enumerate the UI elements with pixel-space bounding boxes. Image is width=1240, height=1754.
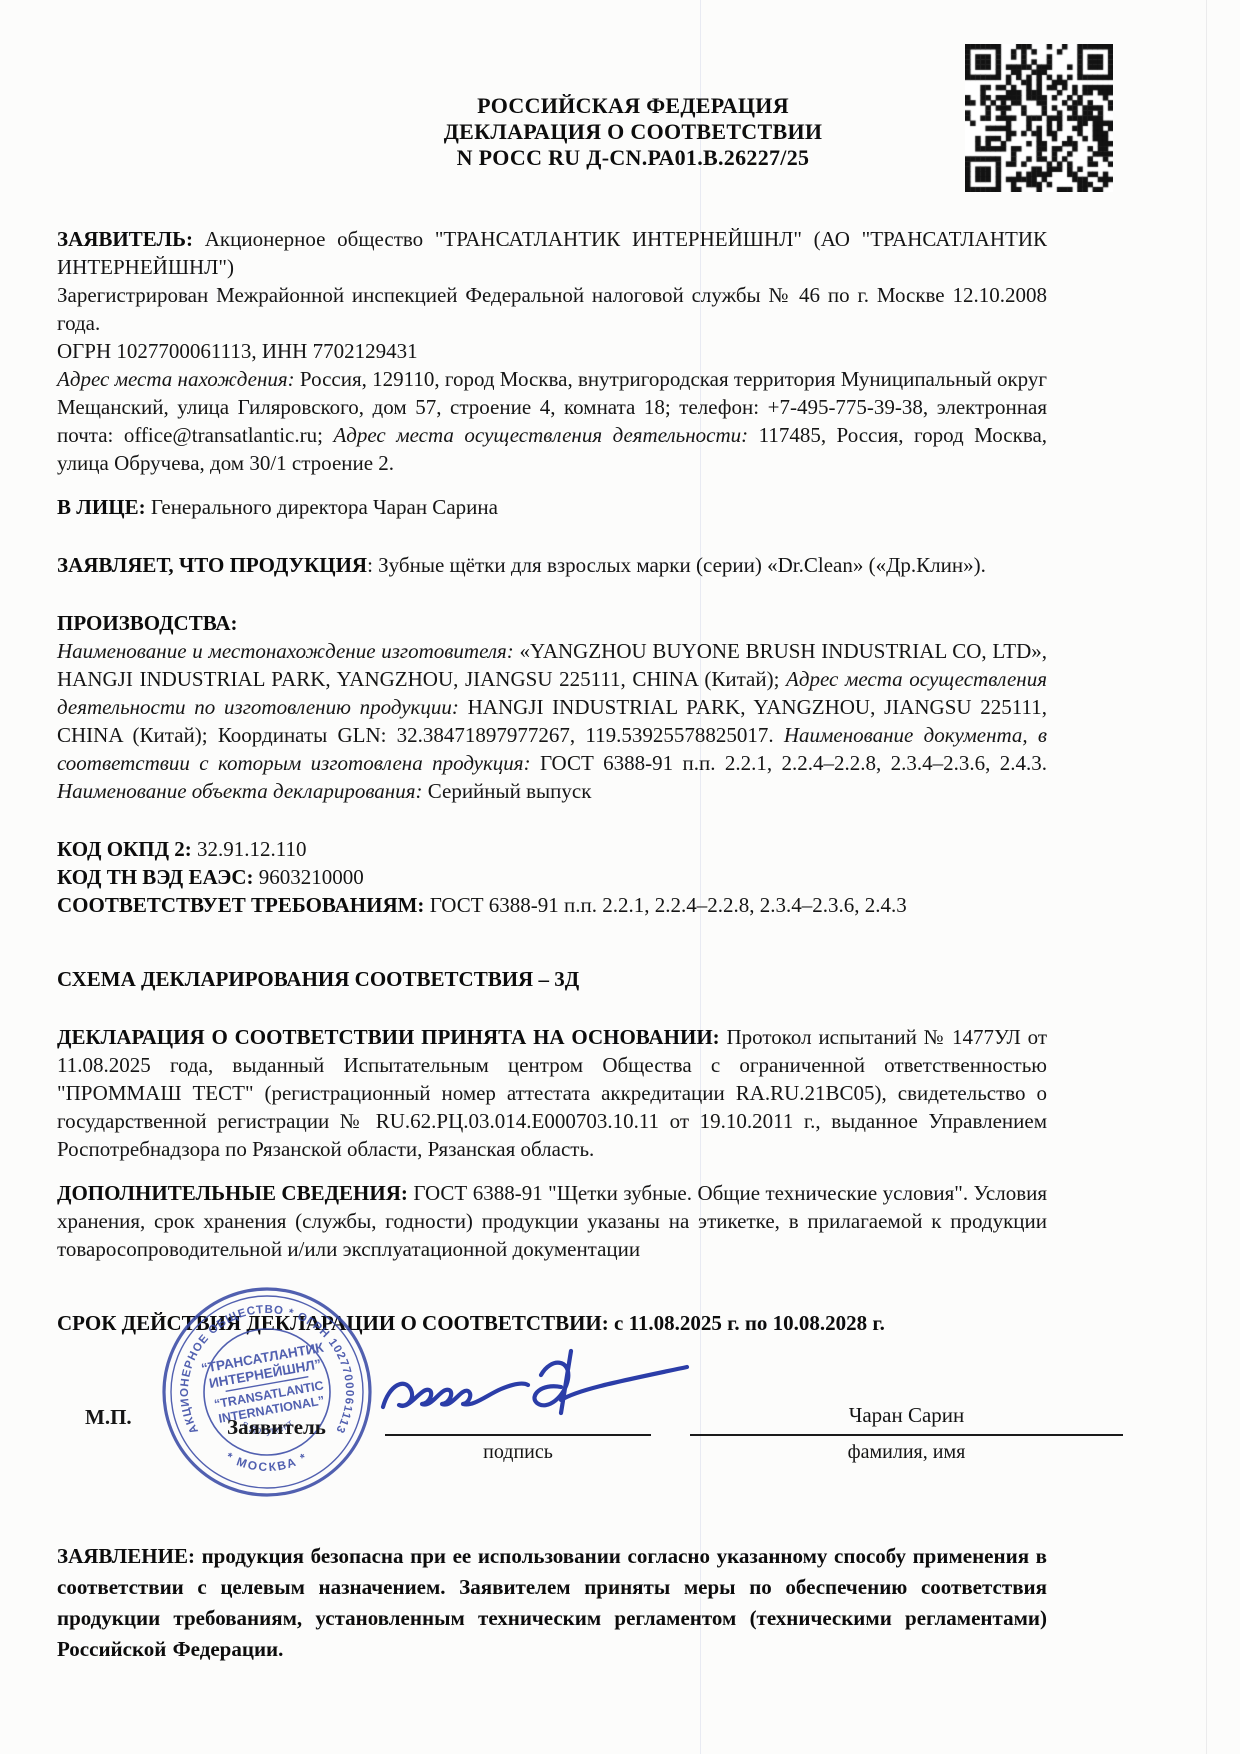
ogrn-inn-text: ОГРН 1027700061113, ИНН 7702129431 — [57, 339, 418, 363]
applicant-role-label: Заявитель — [227, 1413, 326, 1441]
additional-label: ДОПОЛНИТЕЛЬНЫЕ СВЕДЕНИЯ: — [57, 1181, 408, 1205]
applicant-paragraph: ЗАЯВИТЕЛЬ: Акционерное общество "ТРАНСАТ… — [57, 225, 1047, 281]
signatory-name: Чаран Сарин — [690, 1401, 1123, 1429]
address-paragraph: Адрес места нахождения: Россия, 129110, … — [57, 365, 1047, 477]
registration-line: Зарегистрирован Межрайонной инспекцией Ф… — [57, 281, 1047, 337]
tnved-code-line: КОД ТН ВЭД ЕАЭС: 9603210000 — [57, 863, 1047, 891]
signature-area: АКЦИОНЕРНОЕ ОБЩЕСТВО * ОГРН 102770006111… — [57, 1337, 1047, 1541]
svg-text:* МОСКВА *: * МОСКВА * — [224, 1449, 311, 1474]
in-person-label: В ЛИЦЕ: — [57, 495, 146, 519]
basis-label: ДЕКЛАРАЦИЯ О СООТВЕТСТВИИ ПРИНЯТА НА ОСН… — [57, 1025, 720, 1049]
declares-text: : Зубные щётки для взрослых марки (серии… — [367, 553, 986, 577]
additional-paragraph: ДОПОЛНИТЕЛЬНЫЕ СВЕДЕНИЯ: ГОСТ 6388-91 "Щ… — [57, 1179, 1047, 1263]
handwritten-signature-icon — [375, 1345, 695, 1440]
name-caption: фамилия, имя — [690, 1440, 1123, 1464]
production-paragraph: Наименование и местонахождение изготовит… — [57, 637, 1047, 805]
applicant-label: ЗАЯВИТЕЛЬ: — [57, 227, 193, 251]
declares-label: ЗАЯВЛЯЕТ, ЧТО ПРОДУКЦИЯ — [57, 553, 367, 577]
company-stamp-icon: АКЦИОНЕРНОЕ ОБЩЕСТВО * ОГРН 102770006111… — [157, 1282, 377, 1502]
declaration-object-text: Серийный выпуск — [428, 779, 592, 803]
document-content: РОССИЙСКАЯ ФЕДЕРАЦИЯ ДЕКЛАРАЦИЯ О СООТВЕ… — [57, 0, 1047, 1665]
applicant-text: Акционерное общество "ТРАНСАТЛАНТИК ИНТЕ… — [57, 227, 1047, 279]
statement-paragraph: ЗАЯВЛЕНИЕ: продукция безопасна при ее ис… — [57, 1541, 1047, 1665]
statement-label: ЗАЯВЛЕНИЕ: — [57, 1544, 195, 1568]
header-number: N РОСС RU Д-CN.РА01.В.26227/25 — [219, 145, 1047, 171]
name-line: фамилия, имя — [690, 1434, 1123, 1464]
document-header: РОССИЙСКАЯ ФЕДЕРАЦИЯ ДЕКЛАРАЦИЯ О СООТВЕ… — [219, 93, 1047, 171]
in-person-text: Генерального директора Чаран Сарина — [151, 495, 498, 519]
statement-text: продукция безопасна при ее использовании… — [57, 1544, 1047, 1661]
scheme-line: СХЕМА ДЕКЛАРИРОВАНИЯ СООТВЕТСТВИЯ – 3Д — [57, 965, 1047, 993]
header-country: РОССИЙСКАЯ ФЕДЕРАЦИЯ — [219, 93, 1047, 119]
address-label: Адрес места нахождения: — [57, 367, 295, 391]
production-doc-text: ГОСТ 6388-91 п.п. 2.2.1, 2.2.4–2.2.8, 2.… — [540, 751, 1047, 775]
declaration-object-label: Наименование объекта декларирования: — [57, 779, 422, 803]
activity-address-label: Адрес места осуществления деятельности: — [333, 423, 748, 447]
signature-caption: подпись — [385, 1440, 651, 1464]
header-title: ДЕКЛАРАЦИЯ О СООТВЕТСТВИИ — [219, 119, 1047, 145]
basis-paragraph: ДЕКЛАРАЦИЯ О СООТВЕТСТВИИ ПРИНЯТА НА ОСН… — [57, 1023, 1047, 1163]
conformity-line: СООТВЕТСТВУЕТ ТРЕБОВАНИЯМ: ГОСТ 6388-91 … — [57, 891, 1047, 919]
production-heading: ПРОИЗВОДСТВА: — [57, 609, 1047, 637]
registration-text: Зарегистрирован Межрайонной инспекцией Ф… — [57, 283, 1047, 335]
stamp-city-text: * МОСКВА * — [224, 1449, 311, 1474]
declares-line: ЗАЯВЛЯЕТ, ЧТО ПРОДУКЦИЯ: Зубные щётки дл… — [57, 551, 1047, 579]
stamp-place-label: М.П. — [85, 1403, 132, 1431]
page-edge-shadow — [1206, 0, 1207, 1754]
okpd-code-line: КОД ОКПД 2: 32.91.12.110 — [57, 835, 1047, 863]
ogrn-inn-line: ОГРН 1027700061113, ИНН 7702129431 — [57, 337, 1047, 365]
declaration-document-page: РОССИЙСКАЯ ФЕДЕРАЦИЯ ДЕКЛАРАЦИЯ О СООТВЕ… — [0, 0, 1240, 1754]
in-person-line: В ЛИЦЕ: Генерального директора Чаран Сар… — [57, 493, 1047, 521]
maker-label: Наименование и местонахождение изготовит… — [57, 639, 514, 663]
